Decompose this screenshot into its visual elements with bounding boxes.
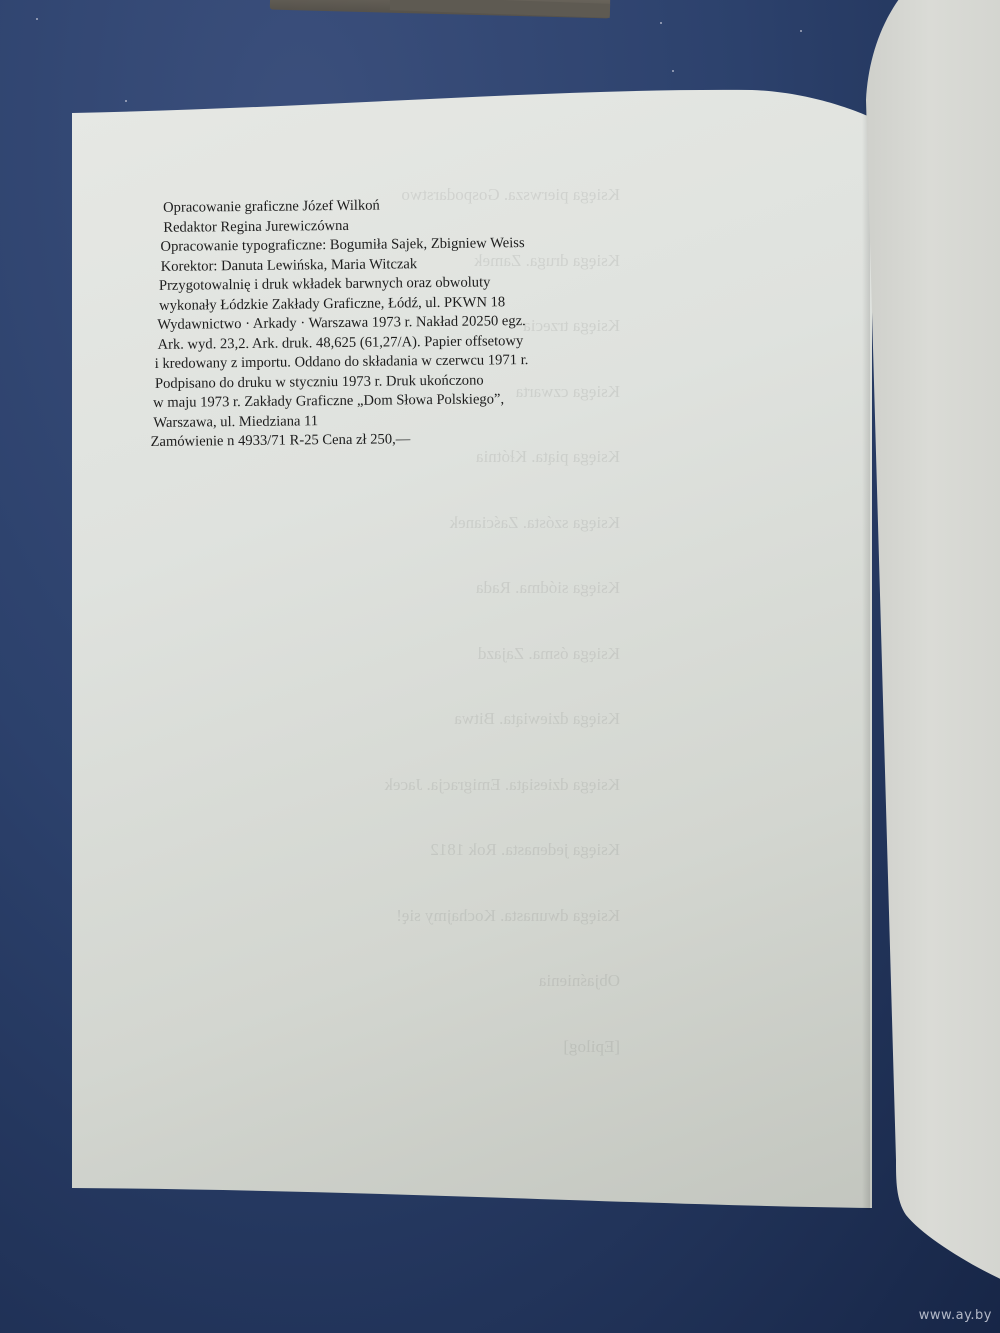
show-through-row: Objaśnienia [150, 971, 620, 991]
dust-speck [125, 100, 127, 102]
dust-speck [36, 18, 38, 20]
dust-speck [800, 30, 802, 32]
show-through-row: Księga dziesiąta. Emigracja. Jacek [150, 775, 620, 795]
show-through-title: Księga jedenasta. Rok 1812 [430, 840, 620, 860]
show-through-title: Księga dwunasta. Kochajmy się! [396, 906, 620, 926]
show-through-row: Księga siódma. Rada [150, 578, 620, 598]
show-through-title: Księga dziesiąta. Emigracja. Jacek [384, 775, 620, 795]
show-through-title: Księga ósma. Zajazd [478, 644, 620, 664]
show-through-row: Księga jedenasta. Rok 1812 [150, 840, 620, 860]
show-through-title: [Epilog] [563, 1037, 620, 1057]
dust-speck [660, 22, 662, 24]
dust-speck [672, 70, 674, 72]
show-through-title: Księga siódma. Rada [476, 578, 620, 598]
facing-page [866, 0, 1000, 1290]
show-through-title: Księga szósta. Zaścianek [450, 513, 620, 533]
show-through-title: Księga piąta. Kłótnia [476, 447, 620, 467]
page-gutter-shadow [862, 100, 870, 1210]
show-through-row: Księga dziewiąta. Bitwa [150, 709, 620, 729]
show-through-row: Księga szósta. Zaścianek [150, 513, 620, 533]
colophon: Opracowanie graficzne Józef Wilkoń Redak… [148, 194, 611, 452]
show-through-title: Księga dziewiąta. Bitwa [454, 709, 620, 729]
show-through-row: Księga ósma. Zajazd [150, 644, 620, 664]
show-through-row: [Epilog] [150, 1037, 620, 1057]
watermark: www.ay.by [919, 1308, 992, 1323]
show-through-title: Objaśnienia [539, 971, 620, 991]
show-through-row: Księga dwunasta. Kochajmy się! [150, 906, 620, 926]
